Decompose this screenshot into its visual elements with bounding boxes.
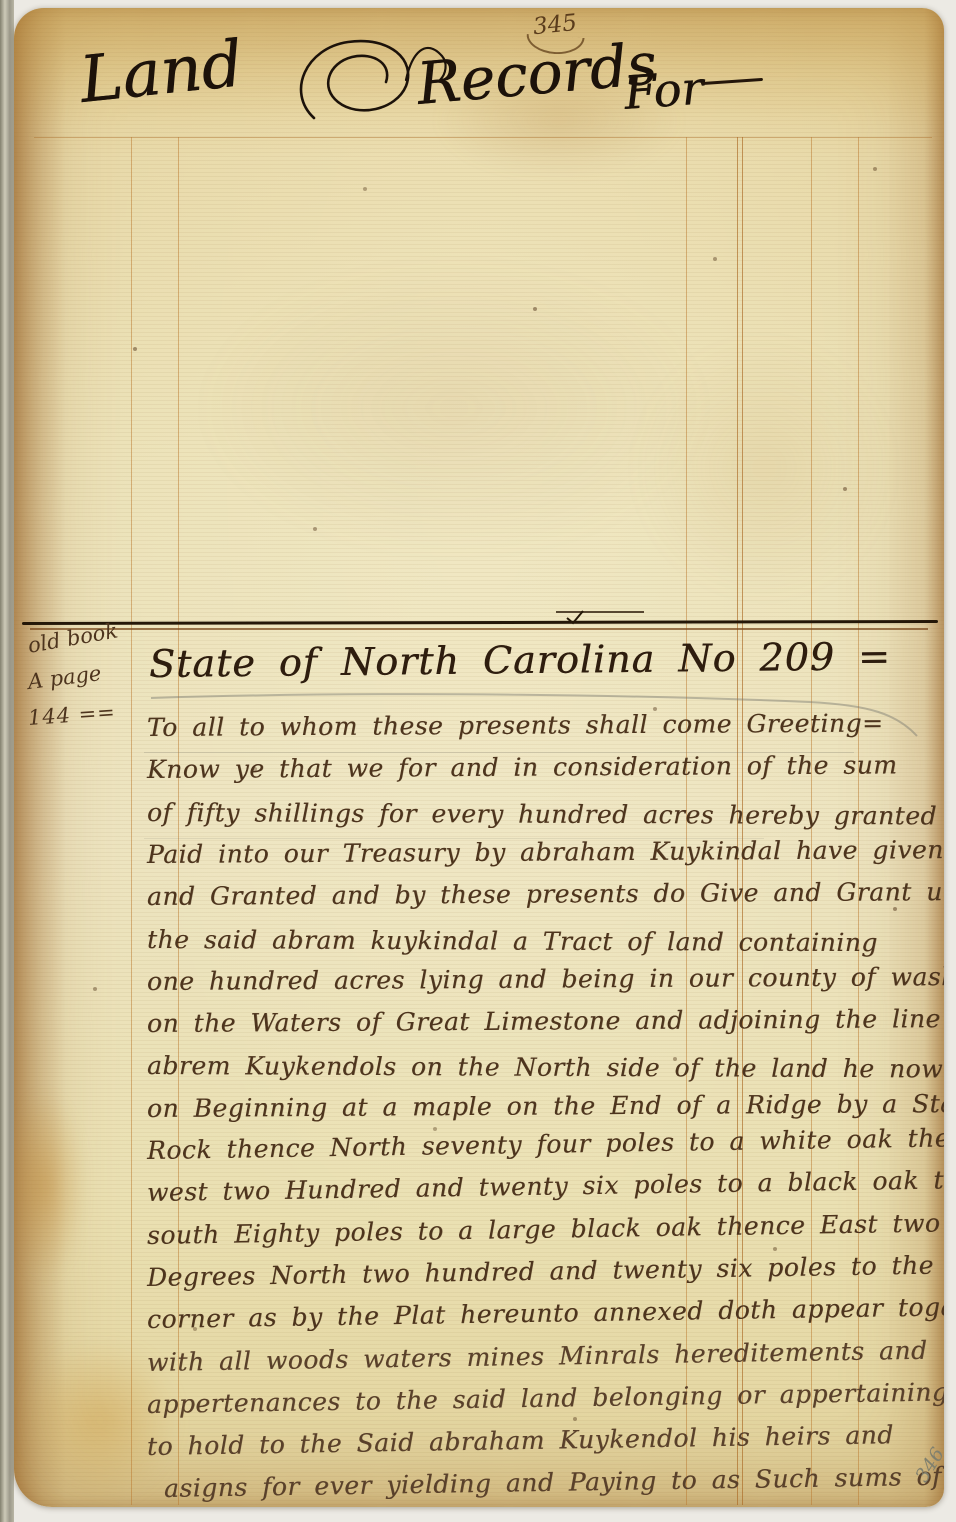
scanned-ledger-page: 345 Land Records For old book A page 144…	[0, 0, 956, 1522]
right-edge-shadow	[924, 8, 944, 1507]
deed-text-line: one hundred acres lying and being in our…	[147, 962, 944, 996]
ledger-column-line	[131, 137, 132, 1505]
deed-text-line: on the Waters of Great Limestone and adj…	[147, 1004, 944, 1038]
deed-text-line: and Granted and by these presents do Giv…	[147, 877, 944, 911]
record-heading: State of North Carolina No 209 =	[149, 634, 891, 686]
deed-text-line: of fifty shillings for every hundred acr…	[147, 798, 937, 830]
book-binding-edge	[0, 0, 14, 1522]
deed-text-line: To all to whom these presents shall come…	[147, 709, 884, 742]
title-word-for: For	[622, 61, 705, 120]
header-rule-line	[34, 137, 932, 138]
deed-text-line: abrem Kuykendols on the North side of th…	[147, 1051, 944, 1084]
bleedthrough-ghost	[194, 258, 714, 558]
deed-text-line: Paid into our Treasury by abraham Kuykin…	[147, 835, 944, 869]
deed-text-line: on Beginning at a maple on the End of a …	[147, 1089, 944, 1123]
divider-tick-mark	[566, 609, 586, 625]
deed-text-line: the said abram kuykindal a Tract of land…	[147, 925, 878, 957]
bleedthrough-ghost	[634, 338, 894, 598]
deed-text-line: Know ye that we for and in consideration…	[147, 750, 898, 784]
section-divider-underline	[30, 628, 928, 630]
ledger-page: 345 Land Records For old book A page 144…	[14, 8, 944, 1507]
foxing-specks	[14, 8, 16, 10]
